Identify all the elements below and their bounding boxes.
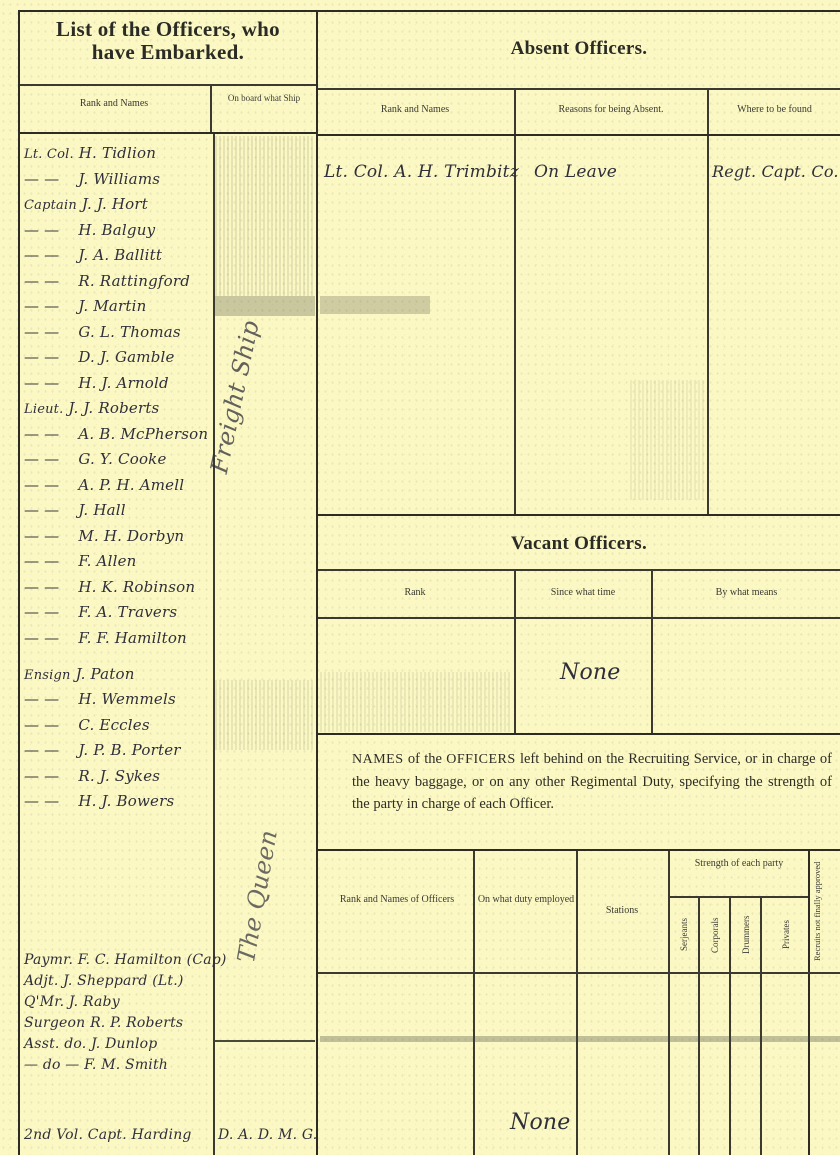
embarked-row: — — F. A. Travers [24, 603, 214, 629]
embarked-row: — — A. B. McPherson [24, 425, 214, 451]
embarked-row: — — R. J. Sykes [24, 767, 214, 793]
embarked-last-row: 2nd Vol. Capt. Harding [24, 1127, 192, 1143]
embarked-row: — — G. L. Thomas [24, 323, 214, 349]
strength-divider-3 [760, 896, 762, 1155]
embarked-row: — — H. Balguy [24, 221, 214, 247]
left-behind-col-rank-names: Rank and Names of Officers [322, 894, 472, 905]
embarked-title-line-1: List of the Officers, who [22, 18, 314, 41]
embarked-header-bottom-rule [20, 132, 316, 134]
embarked-row: — — H. Wemmels [24, 690, 214, 716]
scan-smudge [215, 136, 315, 296]
embarked-row: Ensign J. Paton [24, 665, 214, 691]
scan-smudge [215, 296, 315, 316]
embarked-row: — — H. K. Robinson [24, 578, 214, 604]
vacant-title-rule [318, 569, 840, 571]
scan-smudge [630, 380, 706, 500]
strength-divider-1 [698, 896, 700, 1155]
vacant-header-bottom-rule [318, 617, 840, 619]
absent-header-bottom-rule [318, 134, 840, 136]
embarked-row: — — J. Martin [24, 297, 214, 323]
embarked-row: Captain J. J. Hort [24, 195, 214, 221]
left-behind-col-station: Stations [578, 905, 666, 916]
absent-row-where: Regt. Capt. Co. [712, 162, 839, 181]
staff-row: Surgeon R. P. Roberts [24, 1015, 224, 1036]
embarked-col-rank-names: Rank and Names [24, 98, 204, 109]
scan-smudge [320, 672, 510, 732]
left-behind-entry: None [510, 1110, 570, 1135]
embarked-staff-list: Paymr. F. C. Hamilton (Cap) Adjt. J. She… [24, 952, 224, 1078]
embarked-title: List of the Officers, who have Embarked. [22, 18, 314, 64]
left-behind-divider-1 [473, 851, 475, 1155]
embarked-row: Lieut. J. J. Roberts [24, 399, 214, 425]
col-corporals: Corporals [703, 900, 727, 970]
embarked-row: — — F. F. Hamilton [24, 629, 214, 665]
embarked-row: — — J. P. B. Porter [24, 741, 214, 767]
staff-row: Adjt. J. Sheppard (Lt.) [24, 973, 224, 994]
embarked-row: — — J. Williams [24, 170, 214, 196]
absent-divider-2 [707, 88, 709, 514]
absent-col-rank-names: Rank and Names [320, 104, 510, 115]
embarked-row: — — F. Allen [24, 552, 214, 578]
vacant-bottom-rule [318, 733, 840, 735]
vacant-entry: None [560, 660, 620, 685]
embarked-row: — — D. J. Gamble [24, 348, 214, 374]
last-row-name: Capt. Harding [88, 1127, 192, 1143]
strength-divider-2 [729, 896, 731, 1155]
embarked-row: — — C. Eccles [24, 716, 214, 742]
embarked-title-line-2: have Embarked. [22, 41, 314, 64]
col-drummers: Drummers [734, 900, 758, 970]
scan-smudge [215, 680, 315, 750]
embarked-col-ship: On board what Ship [214, 93, 314, 104]
staff-row: Paymr. F. C. Hamilton (Cap) [24, 952, 224, 973]
absent-divider-1 [514, 88, 516, 514]
scan-smudge [320, 296, 430, 314]
absent-col-reasons: Reasons for being Absent. [516, 104, 706, 115]
embarked-row: — — M. H. Dorbyn [24, 527, 214, 553]
strength-subheader-rule [668, 896, 808, 898]
embarked-row: — — R. Rattingford [24, 272, 214, 298]
paragraph-caps-names: NAMES [352, 752, 404, 767]
center-divider-rule [316, 10, 318, 1155]
paragraph-part-1: of the [404, 751, 447, 767]
staff-row: Asst. do. J. Dunlop [24, 1036, 224, 1057]
vacant-col-means: By what means [653, 587, 840, 598]
vacant-col-rank: Rank [320, 587, 510, 598]
embarked-row: — — H. J. Bowers [24, 792, 214, 818]
scan-smudge [320, 1036, 840, 1042]
embarked-row: — — H. J. Arnold [24, 374, 214, 400]
absent-col-where: Where to be found [709, 104, 840, 115]
embarked-row: — — G. Y. Cooke [24, 450, 214, 476]
absent-title-rule [318, 88, 840, 90]
left-behind-col-duty: On what duty employed [476, 894, 576, 905]
left-behind-col-strength: Strength of each party [670, 858, 808, 869]
left-behind-header-top-rule [318, 849, 840, 851]
left-behind-header-bottom-rule [318, 972, 840, 974]
col-serjeants: Serjeants [672, 900, 696, 970]
absent-bottom-rule [318, 514, 840, 516]
embarked-title-rule [20, 84, 316, 86]
staff-row: Q'Mr. J. Raby [24, 994, 224, 1015]
ship-annotation-queen: The Queen [232, 828, 283, 965]
embarked-officer-list: Lt. Col. H. Tidlion — — J. Williams Capt… [24, 144, 214, 818]
left-behind-divider-2 [576, 851, 578, 1155]
muster-document-page: List of the Officers, who have Embarked.… [0, 0, 840, 1155]
col-recruits: Recruits not finally approved [811, 852, 839, 970]
left-frame-rule [18, 10, 20, 1155]
last-row-ship: D. A. D. M. G. [218, 1127, 317, 1143]
embarked-row: — — J. Hall [24, 501, 214, 527]
top-rule [18, 10, 840, 12]
embarked-row: Lt. Col. H. Tidlion [24, 144, 214, 170]
vacant-col-since: Since what time [516, 587, 650, 598]
strength-divider-4 [808, 851, 810, 1155]
staff-row: — do — F. M. Smith [24, 1057, 224, 1078]
paragraph-caps-officers: OFFICERS [446, 752, 515, 767]
last-row-rank: 2nd Vol. [24, 1127, 83, 1143]
absent-row-rank-name: Lt. Col. A. H. Trimbitz [324, 162, 519, 182]
ship-column-mark [215, 1040, 315, 1042]
col-privates: Privates [770, 900, 802, 970]
embarked-header-divider [210, 86, 212, 132]
left-behind-paragraph: NAMES of the OFFICERS left behind on the… [352, 748, 832, 815]
absent-title: Absent Officers. [318, 38, 840, 60]
absent-row-reason: On Leave [534, 162, 617, 182]
embarked-row: — — J. A. Ballitt [24, 246, 214, 272]
embarked-row: — — A. P. H. Amell [24, 476, 214, 502]
vacant-title: Vacant Officers. [318, 533, 840, 555]
